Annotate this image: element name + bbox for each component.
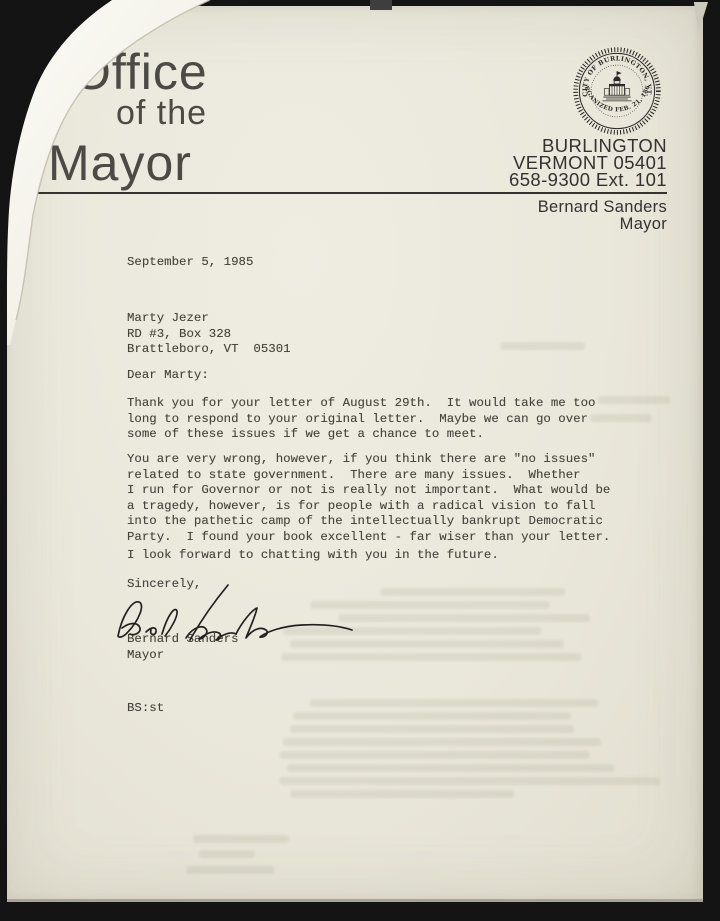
paragraph-2: You are very wrong, however, if you thin… — [127, 452, 610, 545]
bleedthrough-line — [500, 342, 585, 350]
bleedthrough-line — [290, 790, 514, 798]
bleedthrough-line — [590, 414, 652, 422]
salutation: Dear Marty: — [127, 368, 209, 384]
bleedthrough-line — [186, 866, 274, 874]
bleedthrough-line — [310, 699, 598, 707]
letterhead-official-block: Bernard Sanders Mayor — [538, 199, 667, 232]
bleedthrough-line — [598, 396, 670, 404]
bleedthrough-line — [338, 614, 590, 622]
bleedthrough-line — [199, 850, 255, 858]
paragraph-1: Thank you for your letter of August 29th… — [127, 396, 595, 443]
city-seal-icon: CITY OF BURLINGTON, VT. ORGANIZED FEB. 2… — [570, 44, 664, 138]
bleedthrough-line — [287, 764, 614, 772]
bleedthrough-line — [280, 751, 590, 759]
bleedthrough-line — [281, 653, 581, 661]
bleedthrough-line — [290, 725, 574, 733]
letterhead-official-title: Mayor — [538, 216, 667, 233]
bleedthrough-line — [293, 712, 571, 720]
scanned-letter: Office of the Mayor BURLINGTON VERMONT 0… — [0, 0, 720, 921]
city-hall-icon — [602, 71, 631, 101]
letterhead-official-name: Bernard Sanders — [538, 199, 667, 216]
corner-fold — [0, 0, 230, 345]
signature-script-icon — [112, 578, 372, 648]
letterhead-phone: 658-9300 Ext. 101 — [509, 171, 667, 188]
typist-initials: BS:st — [127, 701, 164, 717]
letterhead-address-block: BURLINGTON VERMONT 05401 658-9300 Ext. 1… — [509, 137, 667, 188]
signer-title: Mayor — [127, 648, 164, 662]
bleedthrough-line — [193, 835, 289, 843]
bleedthrough-line — [380, 588, 565, 596]
bleedthrough-line — [280, 777, 660, 785]
paragraph-3: I look forward to chatting with you in t… — [127, 548, 499, 564]
bleedthrough-line — [283, 738, 601, 746]
binder-tab — [370, 0, 392, 10]
paper-edge-shadow — [7, 899, 703, 902]
